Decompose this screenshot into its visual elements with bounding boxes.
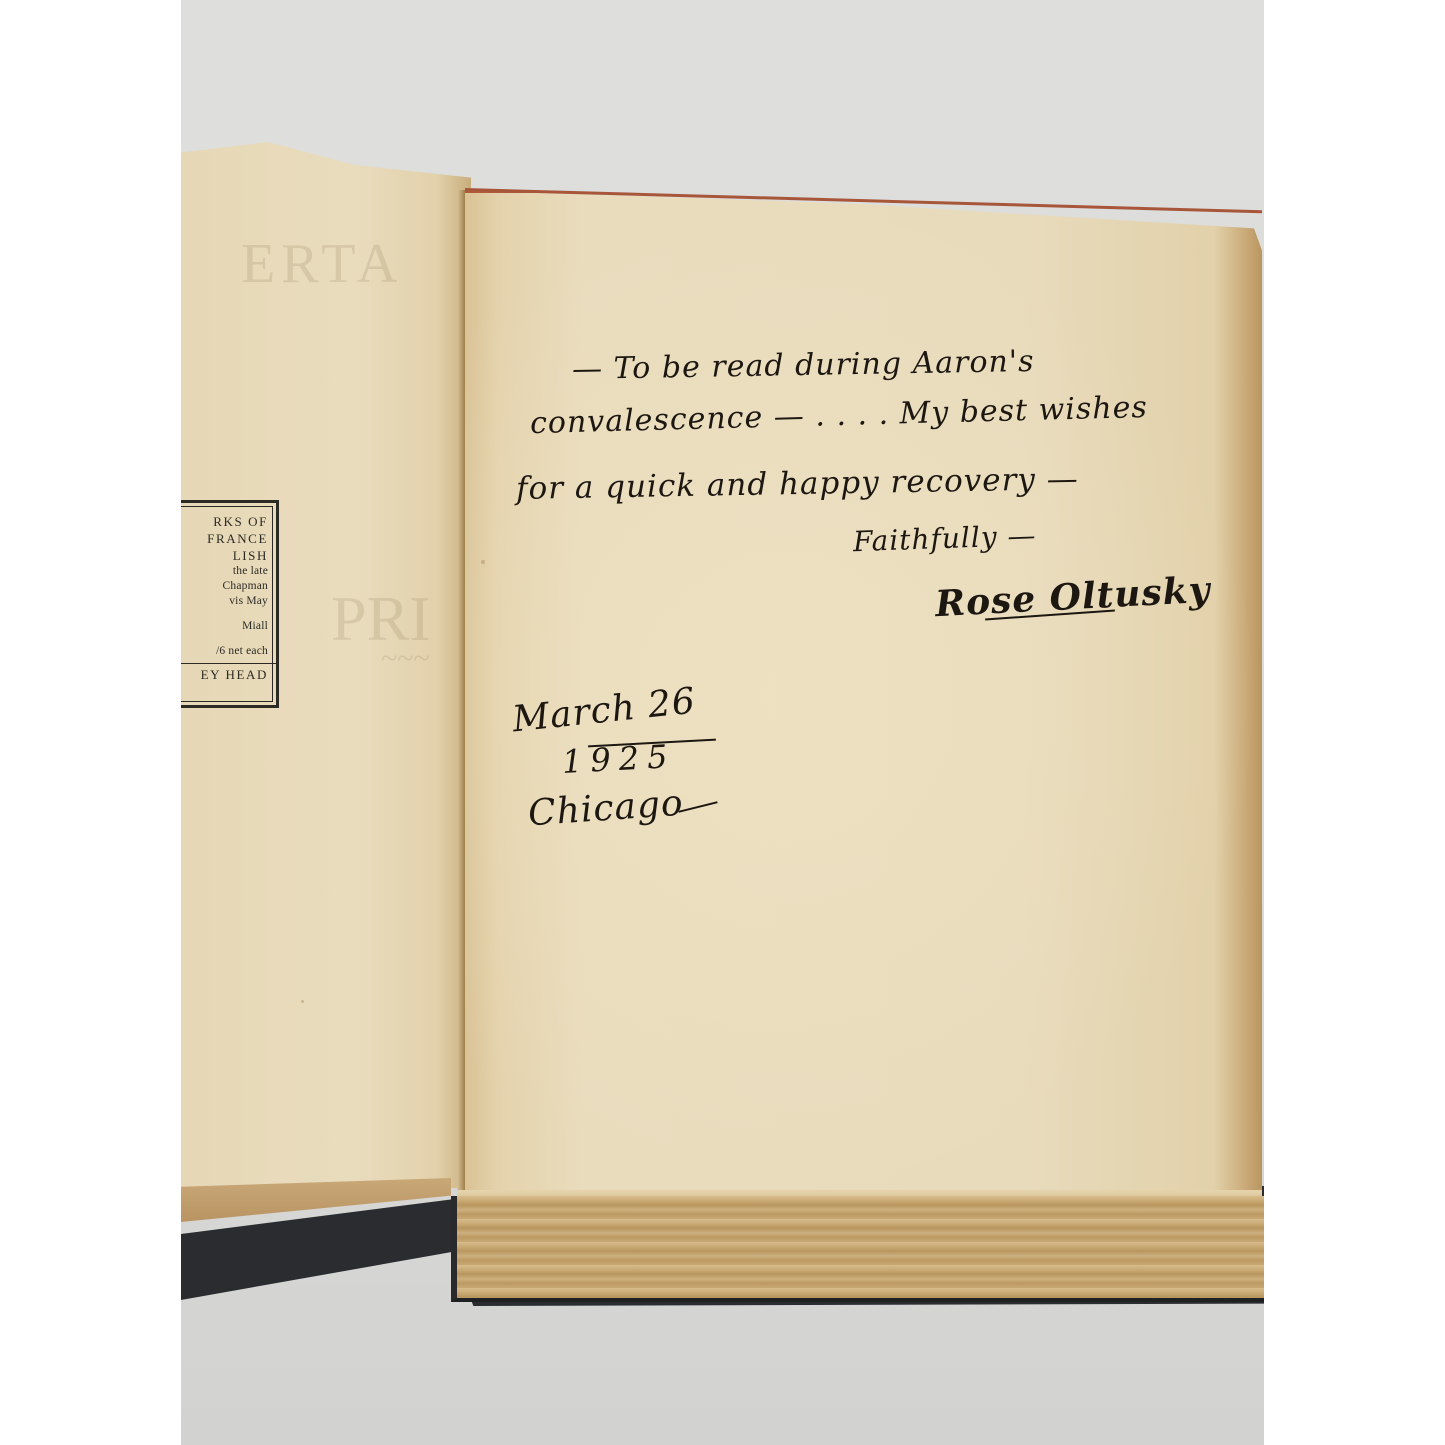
publisher-line: the late [181,564,268,579]
left-page: ERTA PRI ~~~ RKS OF FRANCE LISH the late… [181,142,471,1188]
foxing-spot [301,1000,304,1003]
publisher-name: EY HEAD [181,666,268,683]
publisher-price: /6 net each [181,644,268,659]
publisher-line: vis May [181,594,268,609]
publisher-line: RKS OF [181,513,268,530]
publisher-line: Miall [181,619,268,634]
inscription-year: 1925 [561,737,676,781]
publisher-divider [181,663,276,664]
foxing-spot [481,560,485,564]
show-through-text: ~~~ [381,642,430,676]
publisher-line: Chapman [181,579,268,594]
inscription-closing: Faithfully — [852,519,1037,558]
book-photo: ERTA PRI ~~~ RKS OF FRANCE LISH the late… [181,0,1264,1445]
publisher-box: RKS OF FRANCE LISH the late Chapman vis … [181,500,279,708]
show-through-title: ERTA [241,232,403,296]
publisher-line: LISH [181,547,268,564]
page-block-fore-edge [451,1196,1264,1302]
publisher-line: FRANCE [181,530,268,547]
